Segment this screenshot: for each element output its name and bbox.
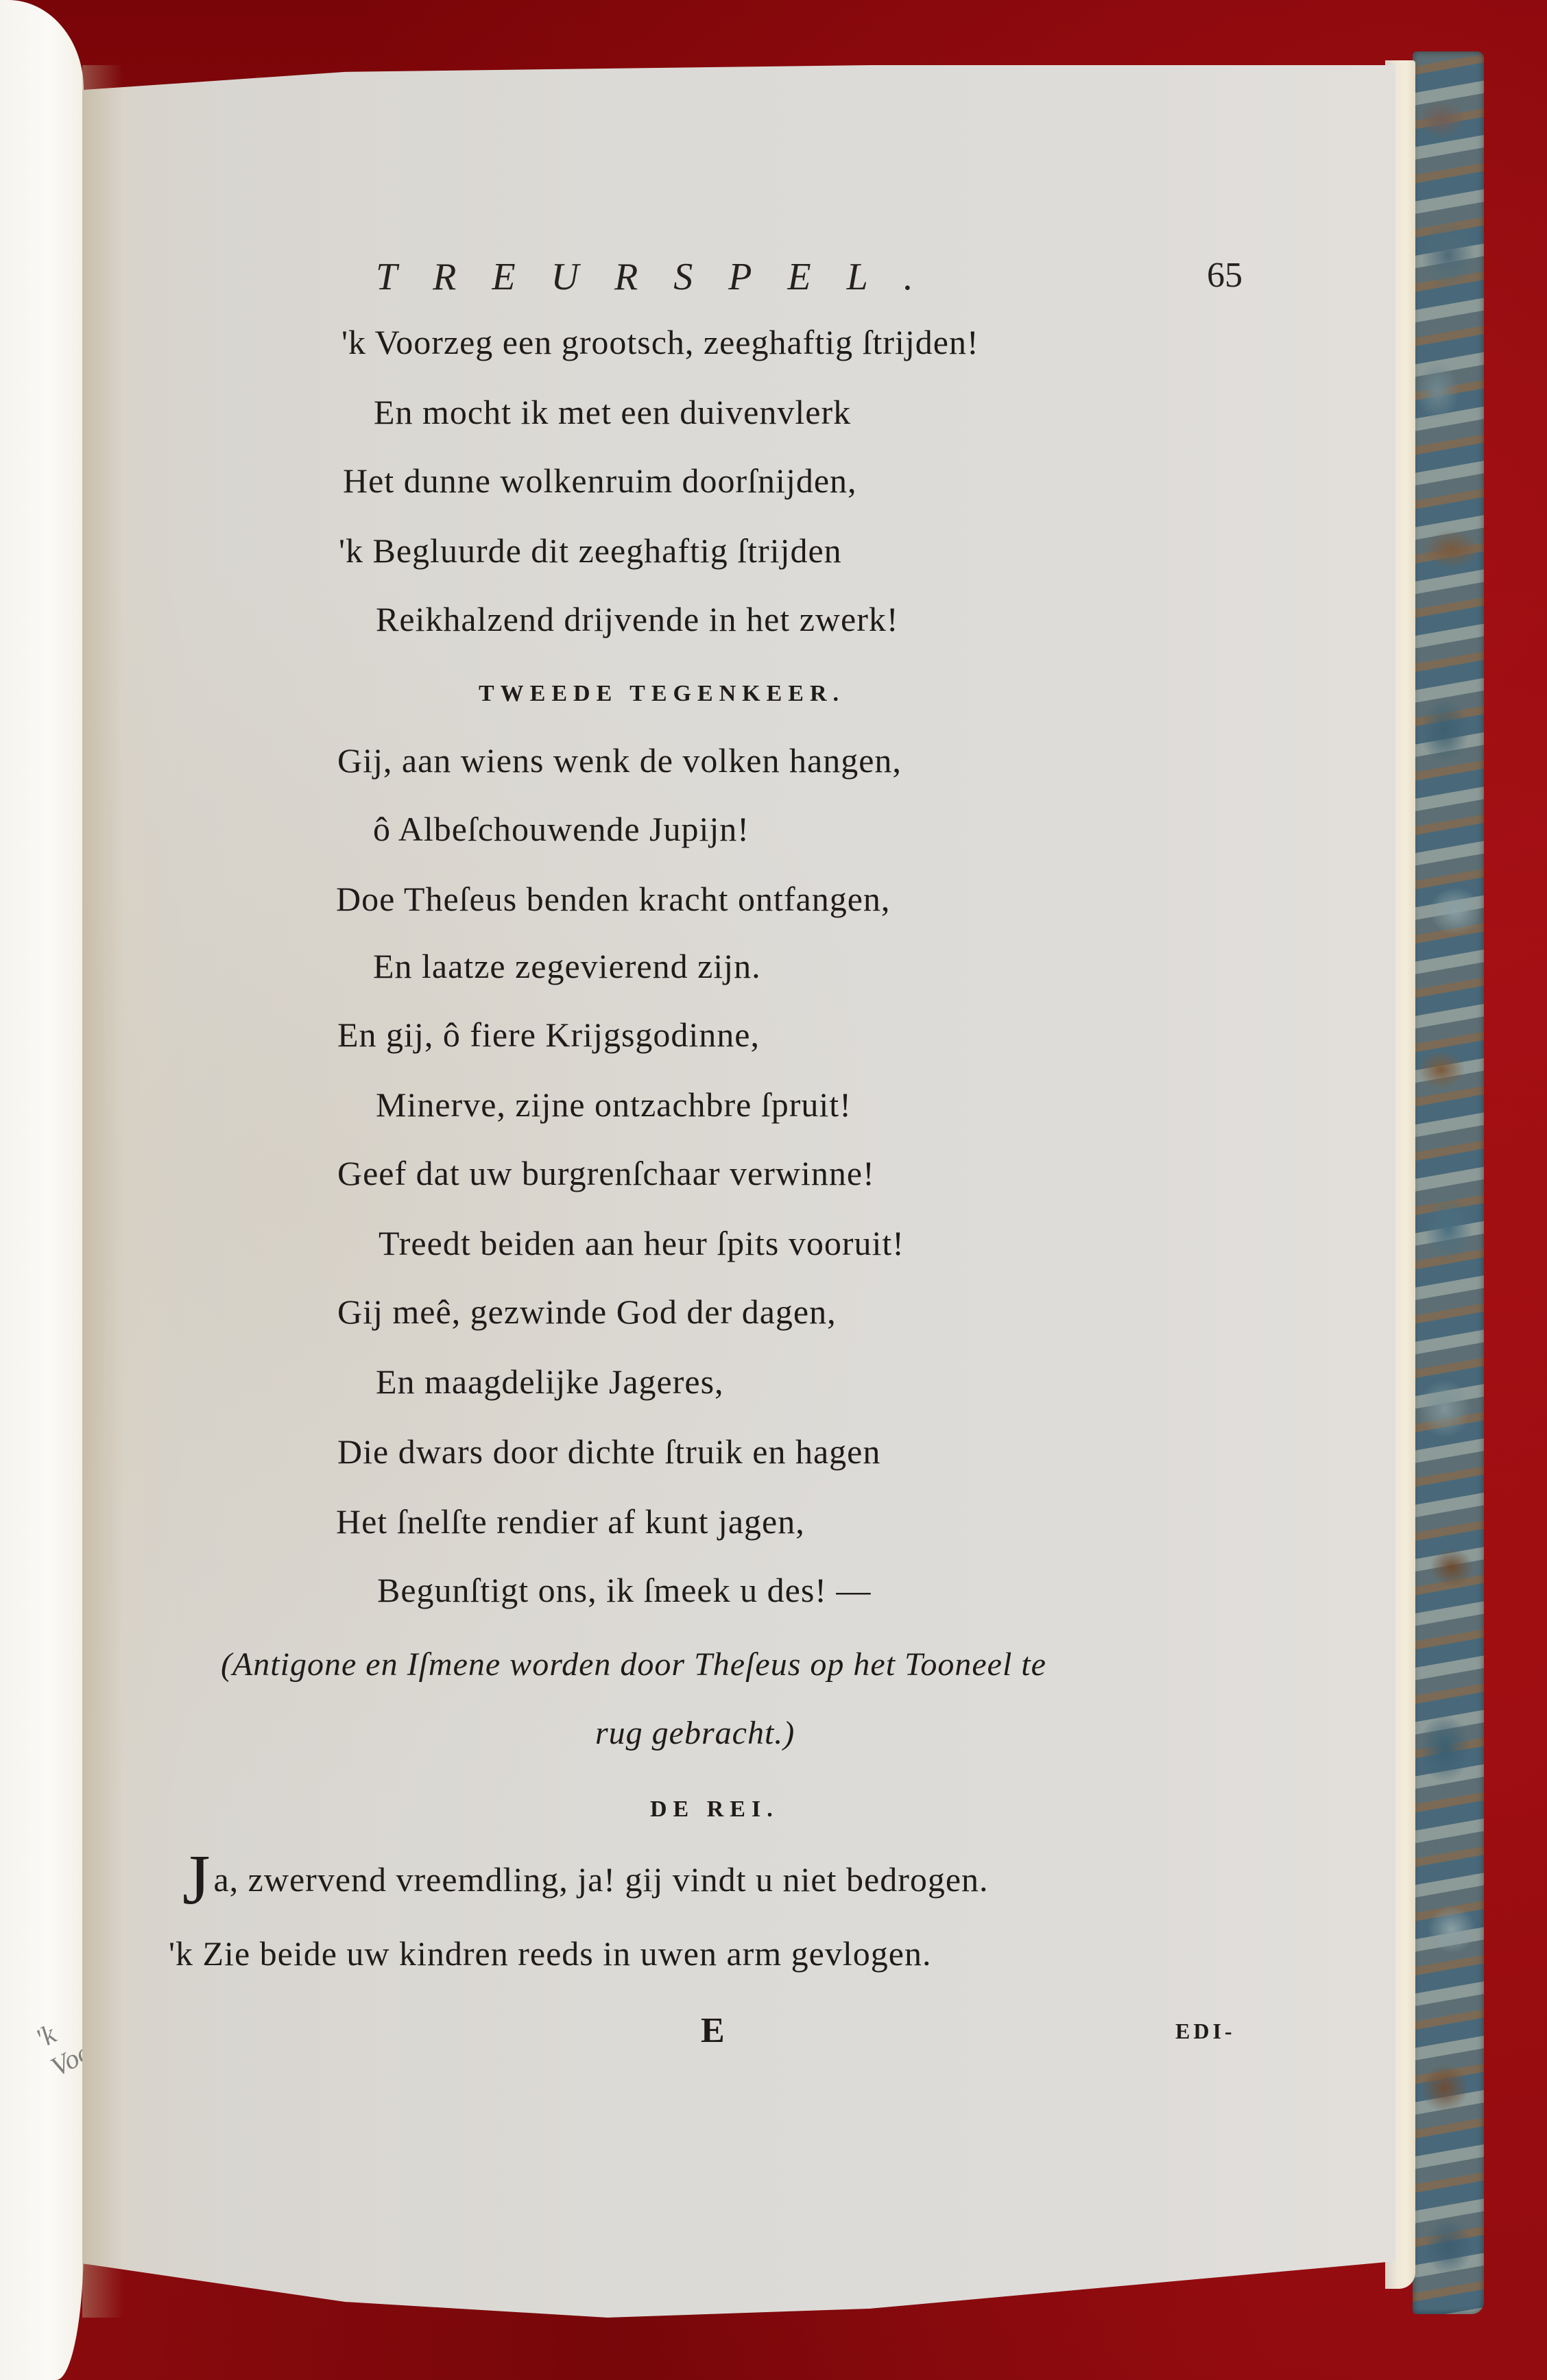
verse-line: Gij, aan wiens wenk de volken hangen, — [337, 741, 902, 780]
verse-line: Treedt beiden aan heur ſpits vooruit! — [379, 1223, 904, 1263]
verse-line: Begunſtigt ons, ik ſmeek u des! — — [377, 1570, 871, 1610]
drop-cap: J — [182, 1840, 211, 1919]
verse-line: Gij meê, gezwinde God der dagen, — [337, 1292, 837, 1332]
page-number: 65 — [1207, 255, 1243, 296]
verse-line: Doe Theſeus benden kracht ontfangen, — [336, 879, 890, 919]
stage-direction-line-2: rug gebracht.) — [595, 1714, 795, 1752]
stage-direction-line-1: (Antigone en Iſmene worden door Theſeus … — [221, 1646, 1046, 1683]
catchword: EDI- — [1175, 2019, 1236, 2044]
verse-line: En laatze zegevierend zijn. — [373, 946, 761, 986]
verse-line: 'k Begluurde dit zeeghaftig ſtrijden — [339, 531, 842, 570]
verse-line: Minerve, zijne ontzachbre ſpruit! — [376, 1085, 852, 1125]
verse-line: Die dwars door dichte ſtruik en hagen — [337, 1432, 880, 1471]
verse-line: 'k Voorzeg een grootsch, zeeghaftig ſtri… — [341, 322, 979, 362]
verse-line: ô Albeſchouwende Jupijn! — [373, 809, 749, 849]
verse-line: En mocht ik met een duivenvlerk — [374, 392, 851, 432]
closing-line-1: Ja, zwervend vreemdling, ja! gij vindt u… — [182, 1844, 989, 1916]
verse-line: Het dunne wolkenruim doorſnijden, — [343, 461, 857, 501]
section-heading-de-rei: DE REI. — [650, 1796, 779, 1823]
signature-mark: E — [701, 2010, 725, 2051]
running-head: TREURSPEL. — [376, 255, 949, 299]
marbled-book-edge — [1413, 51, 1484, 2314]
verse-line: En gij, ô fiere Krijgsgodinne, — [337, 1015, 760, 1055]
verse-line: Reikhalzend drijvende in het zwerk! — [376, 599, 899, 639]
section-heading-tweede-tegenkeer: TWEEDE TEGENKEER. — [479, 681, 845, 707]
verse-line: Het ſnelſte rendier af kunt jagen, — [336, 1502, 805, 1541]
left-facing-page: 'k Voo — [0, 0, 84, 2380]
closing-line-2: 'k Zie beide uw kindren reeds in uwen ar… — [169, 1934, 931, 1973]
closing-line-1-text: a, zwervend vreemdling, ja! gij vindt u … — [213, 1860, 988, 1899]
verse-line: En maagdelijke Jageres, — [376, 1362, 724, 1402]
verse-line: Geef dat uw burgrenſchaar verwinne! — [337, 1153, 875, 1193]
